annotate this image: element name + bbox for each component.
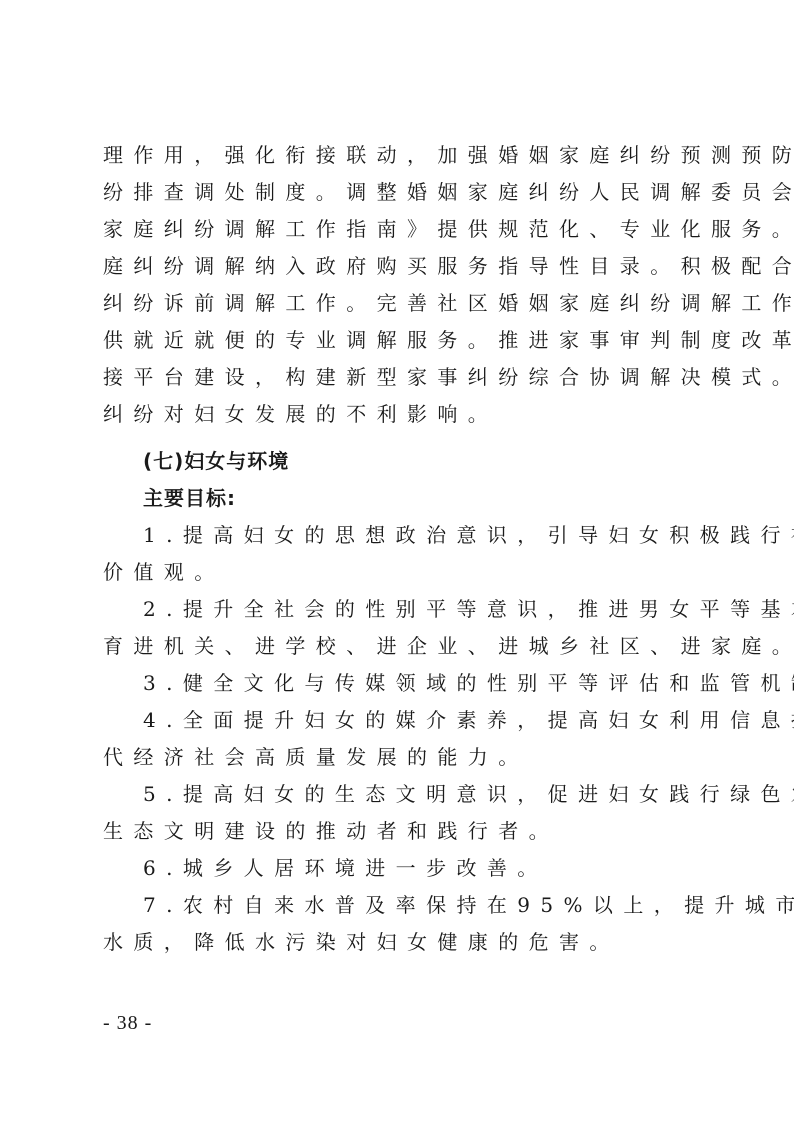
goal-item-4: 4.全面提升妇女的媒介素养，提高妇女利用信息技术参与新时 代经济社会高质量发展的… xyxy=(103,702,693,776)
paragraph-line: 纷排查调处制度。调整婚姻家庭纠纷人民调解委员会，按照《婚姻 xyxy=(103,174,693,211)
paragraph-line: 家庭纠纷调解工作指南》提供规范化、专业化服务。推动将婚姻家 xyxy=(103,211,693,248)
goal-item-1: 1.提高妇女的思想政治意识，引导妇女积极践行社会主义核心 价值观。 xyxy=(103,517,693,591)
paragraph-line: 理作用，强化衔接联动，加强婚姻家庭纠纷预测预防预警，健全纠 xyxy=(103,137,693,174)
goal-line: 价值观。 xyxy=(103,554,693,591)
goal-item-2: 2.提升全社会的性别平等意识，推进男女平等基本国策宣传教 育进机关、进学校、进企… xyxy=(103,591,693,665)
paragraph-line: 纠纷对妇女发展的不利影响。 xyxy=(103,396,693,433)
goal-line: 2.提升全社会的性别平等意识，推进男女平等基本国策宣传教 xyxy=(103,591,693,628)
document-page: 理作用，强化衔接联动，加强婚姻家庭纠纷预测预防预警，健全纠 纷排查调处制度。调整… xyxy=(103,137,693,961)
goal-item-7: 7.农村自来水普及率保持在95%以上，提升城市集中式饮用水 水质，降低水污染对妇… xyxy=(103,887,693,961)
goal-line: 4.全面提升妇女的媒介素养，提高妇女利用信息技术参与新时 xyxy=(103,702,693,739)
goal-line: 生态文明建设的推动者和践行者。 xyxy=(103,813,693,850)
continuation-paragraph: 理作用，强化衔接联动，加强婚姻家庭纠纷预测预防预警，健全纠 纷排查调处制度。调整… xyxy=(103,137,693,433)
subheading-main-goals: 主要目标: xyxy=(103,480,693,517)
goal-line: 水质，降低水污染对妇女健康的危害。 xyxy=(103,924,693,961)
paragraph-line: 庭纠纷调解纳入政府购买服务指导性目录。积极配合开展婚姻家庭 xyxy=(103,248,693,285)
goal-line: 5.提高妇女的生态文明意识，促进妇女践行绿色发展理念，做 xyxy=(103,776,693,813)
goal-line: 6.城乡人居环境进一步改善。 xyxy=(103,850,693,887)
goal-line: 7.农村自来水普及率保持在95%以上，提升城市集中式饮用水 xyxy=(103,887,693,924)
goal-line: 育进机关、进学校、进企业、进城乡社区、进家庭。 xyxy=(103,628,693,665)
goal-line: 3.健全文化与传媒领域的性别平等评估和监管机制。 xyxy=(103,665,693,702)
goal-item-5: 5.提高妇女的生态文明意识，促进妇女践行绿色发展理念，做 生态文明建设的推动者和… xyxy=(103,776,693,850)
goal-item-6: 6.城乡人居环境进一步改善。 xyxy=(103,850,693,887)
goal-item-3: 3.健全文化与传媒领域的性别平等评估和监管机制。 xyxy=(103,665,693,702)
paragraph-line: 纠纷诉前调解工作。完善社区婚姻家庭纠纷调解工作室，为群众提 xyxy=(103,285,693,322)
page-number: - 38 - xyxy=(103,1012,152,1035)
spacer xyxy=(103,433,693,443)
section-heading: (七)妇女与环境 xyxy=(103,443,693,480)
goal-line: 代经济社会高质量发展的能力。 xyxy=(103,739,693,776)
goal-line: 1.提高妇女的思想政治意识，引导妇女积极践行社会主义核心 xyxy=(103,517,693,554)
paragraph-line: 接平台建设，构建新型家事纠纷综合协调解决模式。降低婚姻家庭 xyxy=(103,359,693,396)
goals-list: 1.提高妇女的思想政治意识，引导妇女积极践行社会主义核心 价值观。 2.提升全社… xyxy=(103,517,693,961)
paragraph-line: 供就近就便的专业调解服务。推进家事审判制度改革，加强诉调对 xyxy=(103,322,693,359)
